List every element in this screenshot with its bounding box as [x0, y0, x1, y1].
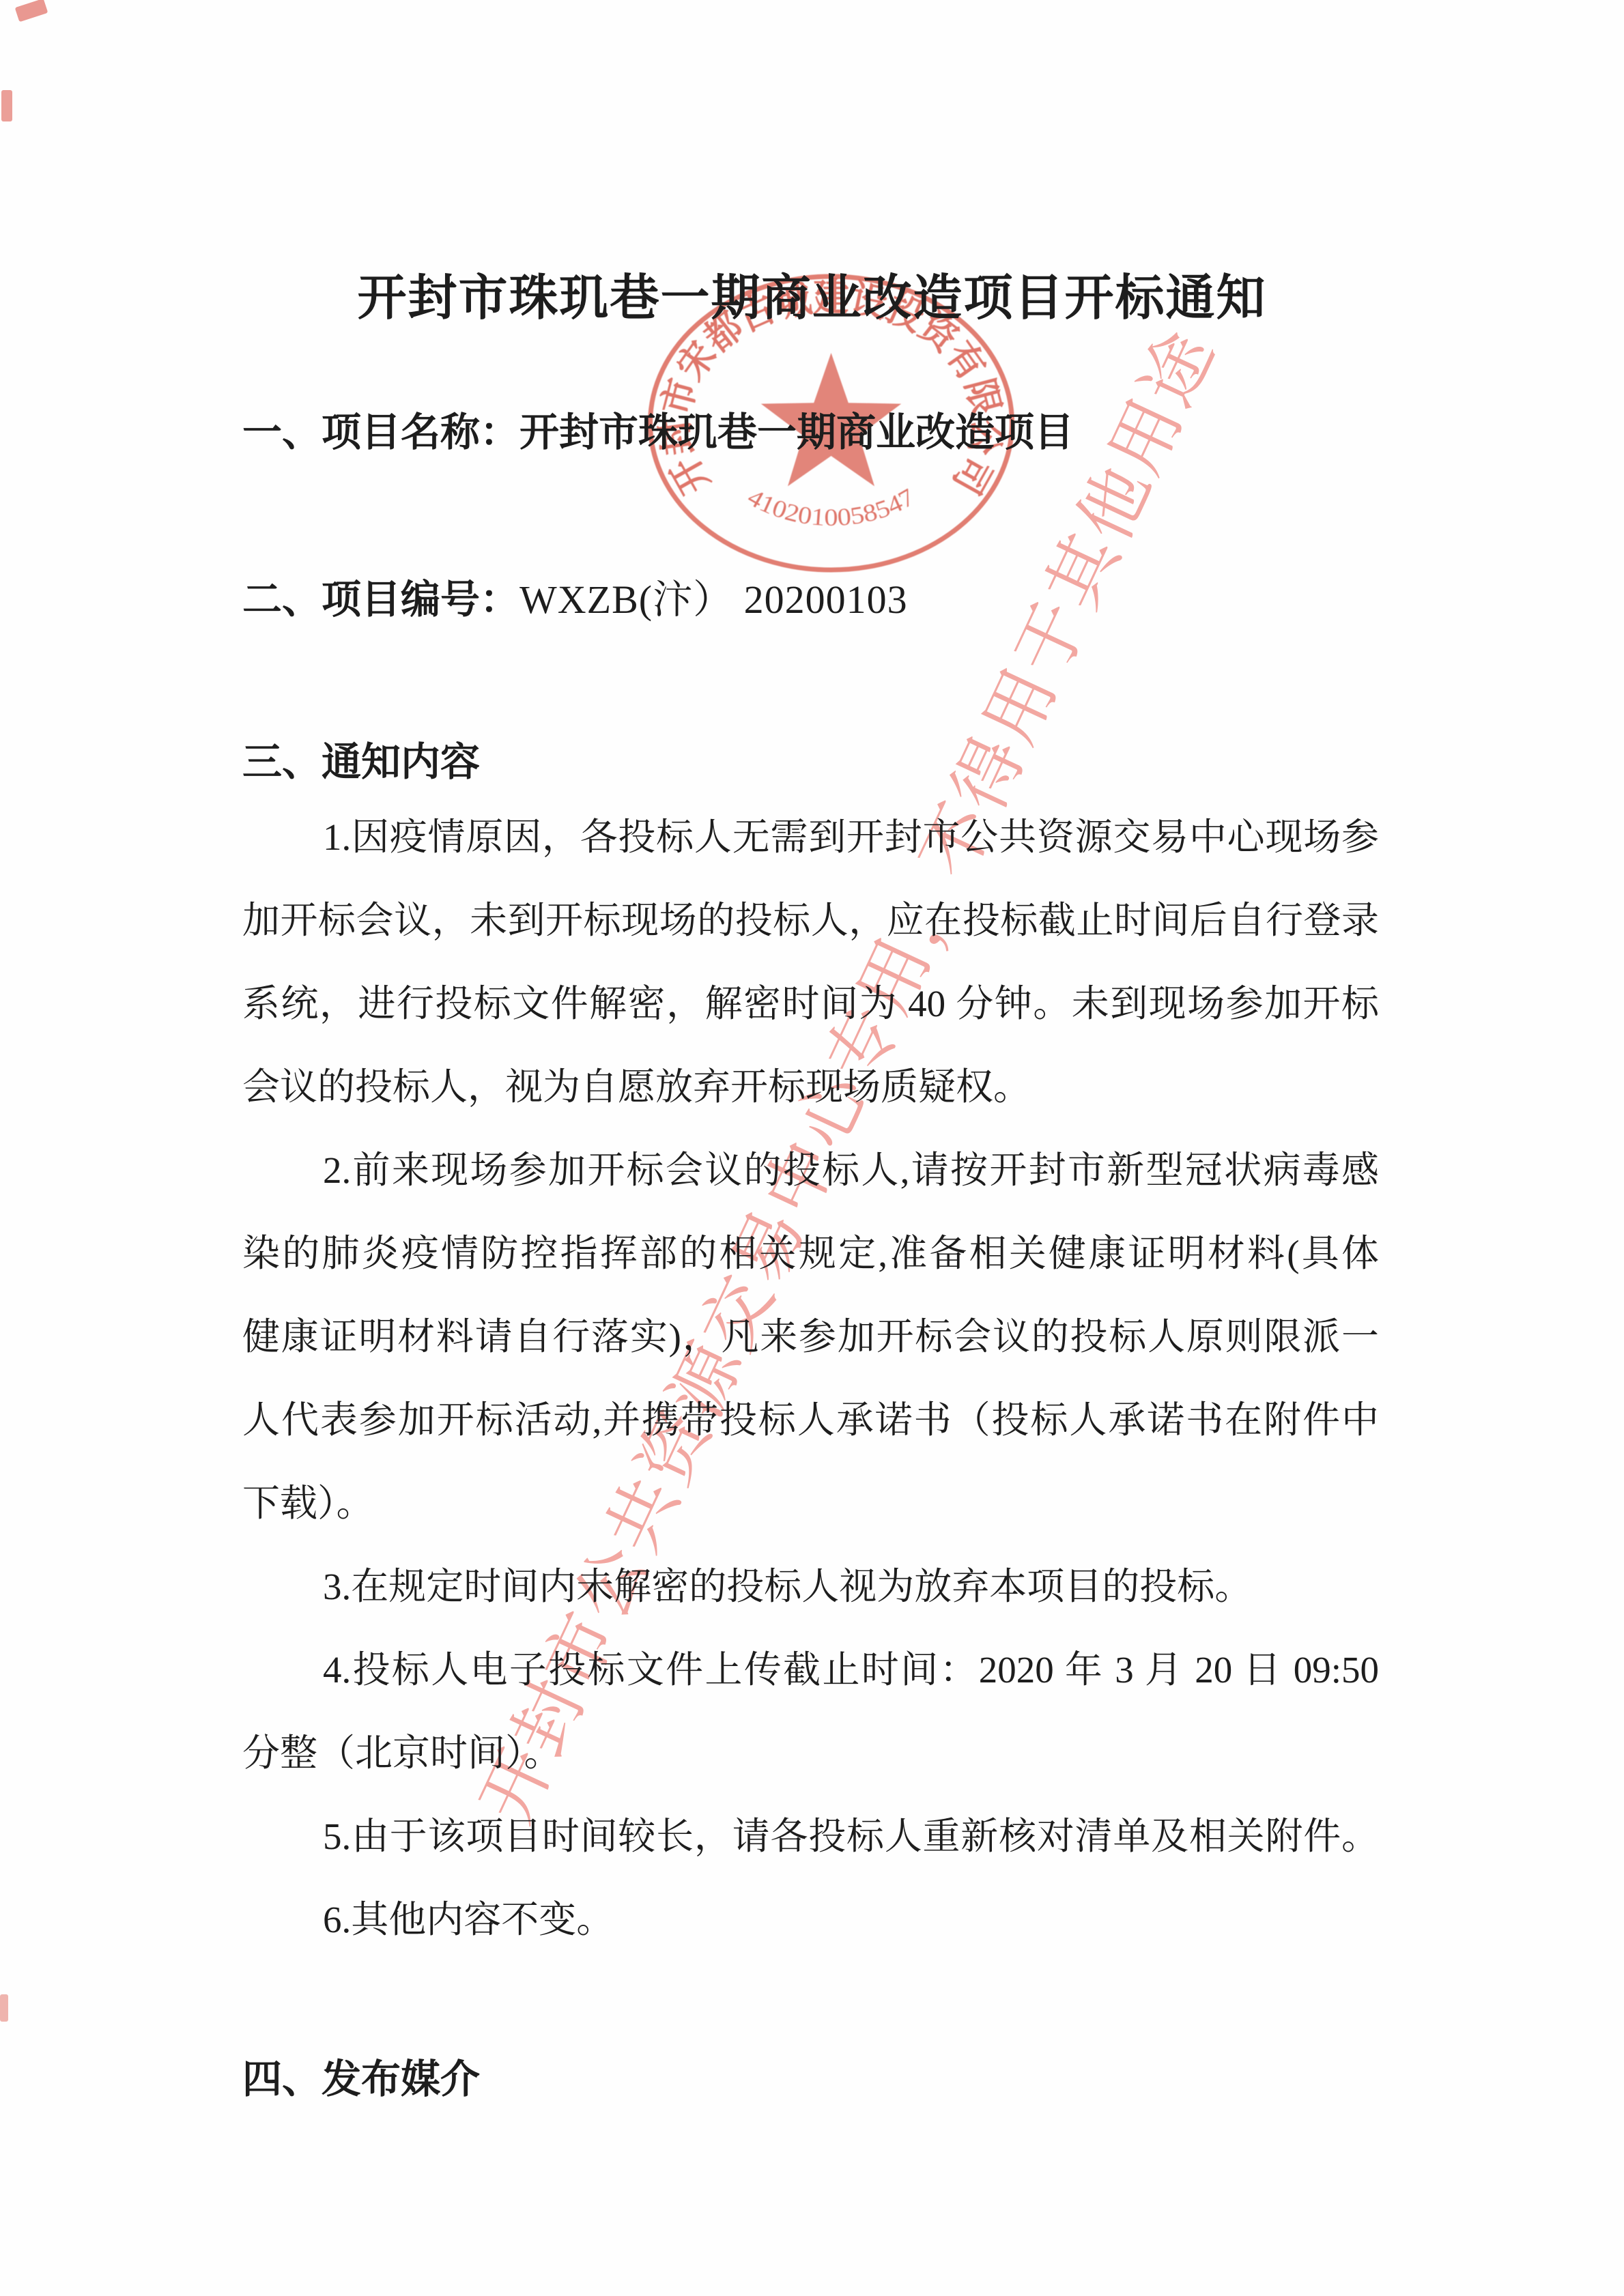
- body-line: 下载）。: [242, 1481, 1379, 1526]
- section-project-number: 二、项目编号：WXZB(汴） 20200103: [242, 567, 908, 625]
- body-line: 会议的投标人，视为自愿放弃开标现场质疑权。: [242, 1065, 1379, 1110]
- body-line: 4.投标人电子投标文件上传截止时间：2020 年 3 月 20 日 09:50: [242, 1648, 1379, 1693]
- document-page: 开封市公共资源交易中心专用，不得用于其他用途 开封市宋都古城建设投资有限公司 4…: [0, 0, 1624, 2296]
- svg-text:4102010058547: 4102010058547: [743, 483, 920, 531]
- body-line: 人代表参加开标活动,并携带投标人承诺书（投标人承诺书在附件中: [242, 1398, 1379, 1443]
- section-project-name-value: 开封市珠玑巷一期商业改造项目: [519, 410, 1074, 455]
- body-line: 系统，进行投标文件解密，解密时间为 40 分钟。未到现场参加开标: [242, 981, 1379, 1027]
- body-line: 染的肺炎疫情防控指挥部的相关规定,准备相关健康证明材料(具体: [242, 1231, 1379, 1276]
- body-line: 5.由于该项目时间较长，请各投标人重新核对清单及相关附件。: [242, 1814, 1379, 1859]
- section-project-name-label: 一、项目名称：: [242, 410, 519, 455]
- body-line: 1.因疫情原因，各投标人无需到开封市公共资源交易中心现场参: [242, 815, 1379, 860]
- section-project-number-label: 二、项目编号：: [242, 577, 519, 622]
- scan-artifact: [15, 0, 48, 22]
- page-title: 开封市珠玑巷一期商业改造项目开标通知: [0, 258, 1624, 329]
- body-line: 3.在规定时间内未解密的投标人视为放弃本项目的投标。: [242, 1564, 1379, 1609]
- section-project-name: 一、项目名称：开封市珠玑巷一期商业改造项目: [242, 400, 1074, 457]
- body-line: 6.其他内容不变。: [242, 1897, 1379, 1942]
- scan-artifact: [1, 90, 12, 121]
- body-line: 2.前来现场参加开标会议的投标人,请按开封市新型冠状病毒感: [242, 1148, 1379, 1193]
- seal-number-text: 4102010058547: [743, 483, 920, 531]
- body-line: 加开标会议，未到开标现场的投标人，应在投标截止时间后自行登录: [242, 898, 1379, 943]
- body-line: 健康证明材料请自行落实)，凡来参加开标会议的投标人原则限派一: [242, 1315, 1379, 1360]
- body-line: 分整（北京时间）。: [242, 1731, 1379, 1776]
- scan-artifact: [0, 1994, 8, 2022]
- section-notice-content-heading: 三、通知内容: [242, 730, 480, 787]
- section-publish-media-heading: 四、发布媒介: [242, 2047, 480, 2104]
- section-project-number-value: WXZB(汴） 20200103: [519, 577, 908, 622]
